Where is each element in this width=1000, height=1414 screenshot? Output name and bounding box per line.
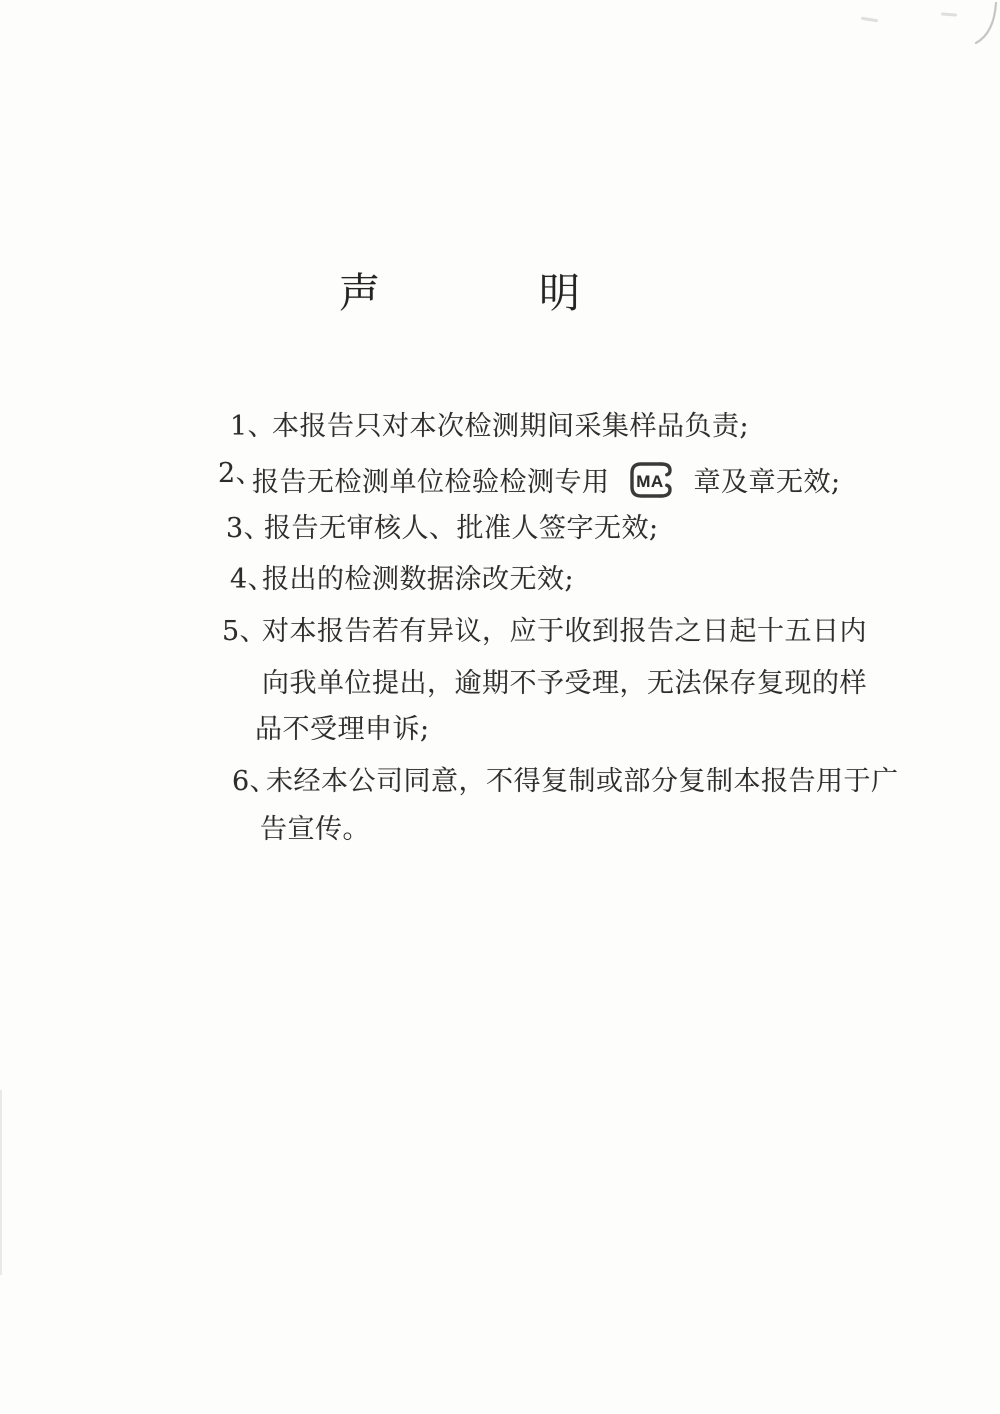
item-3-text: 报告无审核人、批准人签字无效; (264, 513, 659, 544)
ma-stamp-label: MA (636, 472, 663, 491)
statement-item-5-line-1: 5、对本报告若有异议，应于收到报告之日起十五日内 (262, 618, 867, 645)
scan-artifact-edge-line (0, 1090, 2, 1275)
item-1-number: 1、 (230, 413, 275, 440)
item-1-text: 本报告只对本次检测期间采集样品负责; (272, 411, 749, 442)
item-2-text-before-stamp: 报告无检测单位检验检测专用 (252, 467, 610, 498)
title-char-ming: 明 (539, 273, 580, 314)
item-2-number: 2、 (218, 460, 263, 487)
statement-item-5-line-3: 品不受理申诉; (255, 716, 430, 743)
statement-item-6-line-2: 告宣传。 (260, 816, 370, 843)
cma-ma-stamp-icon: MA (628, 460, 674, 500)
statement-item-5-line-2: 向我单位提出，逾期不予受理，无法保存复现的样 (262, 670, 867, 697)
scan-artifact-dash (861, 17, 878, 23)
item-5-text-line-1: 对本报告若有异议，应于收到报告之日起十五日内 (262, 616, 867, 647)
statement-item-6-line-1: 6、未经本公司同意，不得复制或部分复制本报告用于广 (266, 768, 899, 795)
title-char-sheng: 声 (339, 273, 380, 314)
item-6-text-line-1: 未经本公司同意，不得复制或部分复制本报告用于广 (266, 766, 899, 797)
statement-item-2: 2、报告无检测单位检验检测专用 MA 章及章无效; (252, 460, 841, 500)
item-3-number: 3、 (226, 515, 271, 542)
item-6-number: 6、 (232, 768, 277, 795)
item-5-text-line-2: 向我单位提出，逾期不予受理，无法保存复现的样 (262, 668, 867, 699)
scan-artifact-corner-curl (975, 2, 1000, 48)
statement-document-page: 声 明 1、本报告只对本次检测期间采集样品负责; 2、报告无检测单位检验检测专用… (0, 0, 1000, 1414)
item-4-text: 报出的检测数据涂改无效; (262, 564, 574, 595)
statement-item-4: 4、报出的检测数据涂改无效; (262, 566, 574, 593)
scan-artifact-dash (941, 12, 957, 16)
item-5-number: 5、 (222, 618, 267, 645)
item-2-text-after-stamp: 章及章无效; (694, 467, 841, 498)
statement-item-1: 1、本报告只对本次检测期间采集样品负责; (272, 413, 749, 440)
item-5-text-line-3: 品不受理申诉; (255, 714, 430, 745)
item-6-text-line-2: 告宣传。 (260, 814, 370, 845)
statement-item-3: 3、报告无审核人、批准人签字无效; (264, 515, 659, 542)
item-4-number: 4、 (230, 566, 275, 593)
